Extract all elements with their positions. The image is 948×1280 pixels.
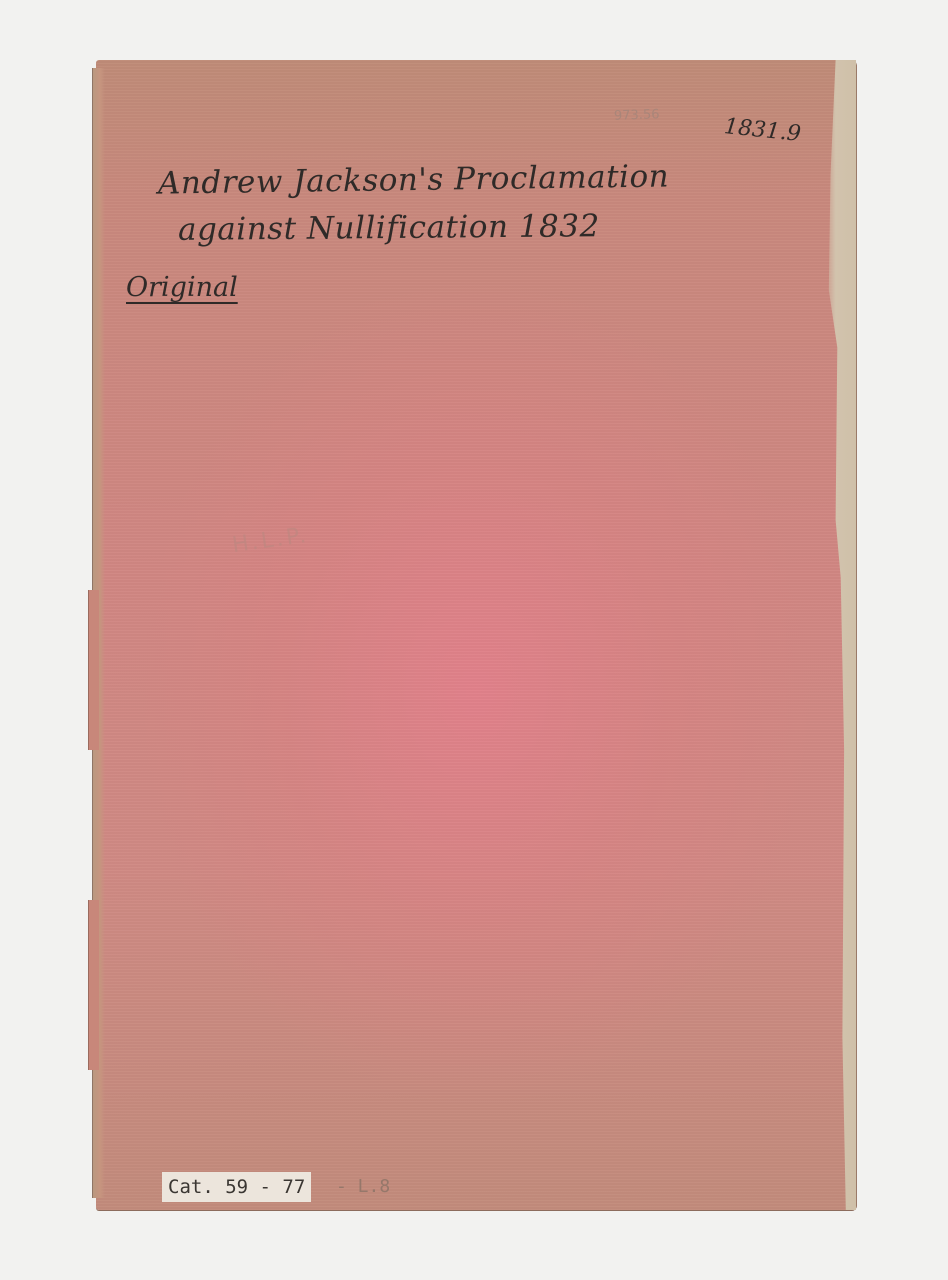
worn-right-edge [822, 60, 856, 1210]
faint-pencil-mark: H.L.P. [231, 523, 311, 559]
torn-spine-flap [88, 900, 99, 1070]
handwritten-title-line-2: against Nullification 1832 [178, 208, 600, 248]
shelfmark-number: 1831.9 [723, 114, 802, 147]
pamphlet-cover: 973.56 1831.9 Andrew Jackson's Proclamat… [96, 60, 856, 1210]
catalog-label-suffix: - L.8 [336, 1176, 390, 1197]
torn-spine-flap [88, 590, 99, 750]
catalog-label: Cat. 59 - 77 [162, 1172, 311, 1202]
pencil-call-number: 973.56 [614, 107, 660, 124]
handwritten-original-note: Original [126, 272, 238, 303]
handwritten-title-line-1: Andrew Jackson's Proclamation [158, 158, 670, 201]
